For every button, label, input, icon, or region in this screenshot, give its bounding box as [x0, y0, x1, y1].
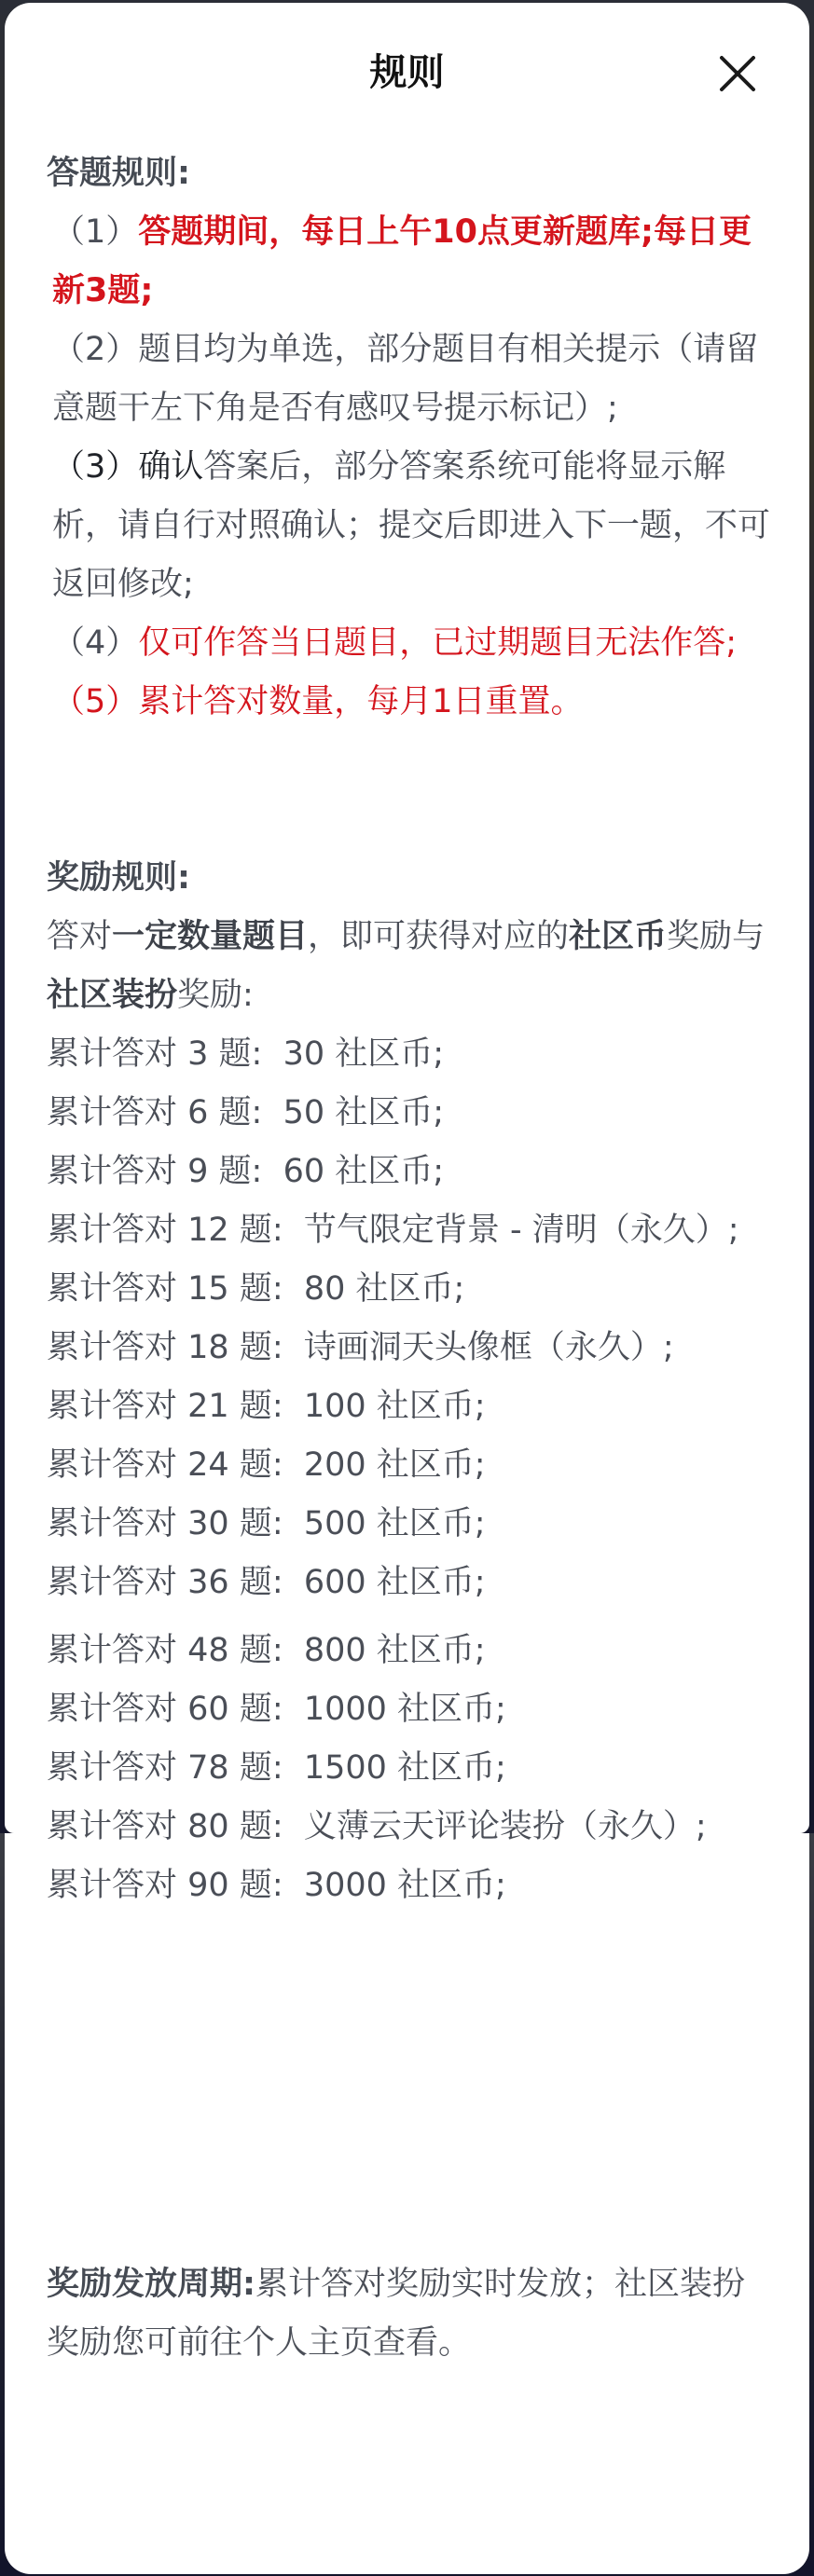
tier-suffix: 题:	[229, 1505, 304, 1542]
reward-tier-item: 累计答对 78 题: 1500 社区币;	[47, 1739, 774, 1798]
tier-prefix: 累计答对	[47, 1153, 187, 1190]
tier-count: 3	[187, 1035, 208, 1073]
tier-prefix: 累计答对	[47, 1505, 187, 1542]
tier-suffix: 题:	[229, 1867, 304, 1904]
tier-prefix: 累计答对	[47, 1446, 187, 1484]
tier-reward: 80 社区币;	[304, 1270, 464, 1308]
rule-number: （5）	[52, 683, 138, 720]
tier-count: 78	[187, 1749, 229, 1787]
tier-suffix: 题:	[229, 1388, 304, 1425]
intro-text: 奖励:	[177, 977, 254, 1014]
tier-suffix: 题:	[229, 1270, 304, 1308]
tier-prefix: 累计答对	[47, 1867, 187, 1904]
rule-item-5: （5）累计答对数量，每月1日重置。	[47, 673, 774, 732]
reward-tier-item: 累计答对 24 题: 200 社区币;	[47, 1436, 774, 1495]
tier-suffix: 题:	[229, 1446, 304, 1484]
tier-prefix: 累计答对	[47, 1749, 187, 1787]
tier-prefix: 累计答对	[47, 1808, 187, 1845]
intro-bold: 一定数量题目	[112, 918, 308, 955]
reward-rules-heading: 奖励规则:	[47, 849, 774, 908]
tier-prefix: 累计答对	[47, 1270, 187, 1308]
tier-count: 60	[187, 1691, 229, 1728]
reward-tier-item: 累计答对 12 题: 节气限定背景 - 清明（永久）;	[47, 1201, 774, 1260]
dialog-title: 规则	[0, 47, 814, 99]
rule-item-1: （1）答题期间，每日上午10点更新题库;每日更新3题;	[47, 203, 774, 321]
tier-prefix: 累计答对	[47, 1691, 187, 1728]
rule-item-4: （4）仅可作答当日题目，已过期题目无法作答;	[47, 614, 774, 673]
rule-text: 题目均为单选，部分题目有相关提示（请留意题干左下角是否有感叹号提示标记）;	[52, 331, 758, 427]
close-button[interactable]	[716, 52, 759, 95]
reward-tier-item: 累计答对 60 题: 1000 社区币;	[47, 1680, 774, 1739]
rule-item-2: （2）题目均为单选，部分题目有相关提示（请留意题干左下角是否有感叹号提示标记）;	[47, 321, 774, 438]
screenshot-seam-spacer	[47, 1612, 774, 1622]
tier-prefix: 累计答对	[47, 1632, 187, 1669]
tier-count: 80	[187, 1808, 229, 1845]
tier-reward: 50 社区币;	[283, 1094, 444, 1131]
tier-count: 30	[187, 1505, 229, 1542]
tier-reward: 诗画洞天头像框（永久）;	[304, 1329, 674, 1366]
section-spacer	[47, 732, 774, 790]
tier-count: 6	[187, 1094, 208, 1131]
tier-reward: 1500 社区币;	[304, 1749, 506, 1787]
rule-number: （1）	[52, 213, 138, 251]
intro-bold: 社区装扮	[47, 977, 177, 1014]
tier-reward: 600 社区币;	[304, 1564, 486, 1601]
rule-emphasis: 确认	[138, 448, 203, 486]
rules-content: 答题规则: （1）答题期间，每日上午10点更新题库;每日更新3题; （2）题目均…	[47, 144, 774, 1915]
reward-tier-item: 累计答对 36 题: 600 社区币;	[47, 1554, 774, 1612]
intro-bold: 社区币	[569, 918, 667, 955]
tier-reward: 1000 社区币;	[304, 1691, 506, 1728]
tier-prefix: 累计答对	[47, 1388, 187, 1425]
tier-suffix: 题:	[208, 1153, 283, 1190]
intro-text: ，即可获得对应的	[308, 918, 569, 955]
rule-text: 累计答对数量，每月1日重置。	[138, 683, 583, 720]
tier-count: 36	[187, 1564, 229, 1601]
tier-suffix: 题:	[208, 1035, 283, 1073]
tier-suffix: 题:	[229, 1749, 304, 1787]
tier-suffix: 题:	[229, 1808, 304, 1845]
tier-suffix: 题:	[229, 1632, 304, 1669]
tier-reward: 100 社区币;	[304, 1388, 486, 1425]
tier-prefix: 累计答对	[47, 1035, 187, 1073]
intro-text: 答对	[47, 918, 112, 955]
close-icon	[716, 52, 759, 95]
tier-reward: 节气限定背景 - 清明（永久）;	[304, 1212, 739, 1249]
section-spacer	[47, 790, 774, 849]
tier-reward: 200 社区币;	[304, 1446, 486, 1484]
rule-text: 仅可作答当日题目，已过期题目无法作答;	[138, 624, 737, 662]
reward-period: 奖励发放周期:累计答对奖励实时发放；社区装扮奖励您可前往个人主页查看。	[47, 2255, 774, 2373]
tier-count: 18	[187, 1329, 229, 1366]
tier-count: 48	[187, 1632, 229, 1669]
intro-text: 奖励与	[667, 918, 765, 955]
rule-number: （3）	[52, 448, 138, 486]
tier-reward: 3000 社区币;	[304, 1867, 506, 1904]
tier-prefix: 累计答对	[47, 1212, 187, 1249]
reward-tier-item: 累计答对 21 题: 100 社区币;	[47, 1377, 774, 1436]
rule-number: （2）	[52, 331, 138, 368]
tier-reward: 义薄云天评论装扮（永久）;	[304, 1808, 707, 1845]
tier-count: 90	[187, 1867, 229, 1904]
tier-count: 21	[187, 1388, 229, 1425]
rule-item-3: （3）确认答案后，部分答案系统可能将显示解析，请自行对照确认；提交后即进入下一题…	[47, 438, 774, 614]
tier-reward: 60 社区币;	[283, 1153, 444, 1190]
tier-count: 24	[187, 1446, 229, 1484]
rule-number: （4）	[52, 624, 138, 662]
tier-prefix: 累计答对	[47, 1329, 187, 1366]
tier-prefix: 累计答对	[47, 1564, 187, 1601]
reward-tier-item: 累计答对 3 题: 30 社区币;	[47, 1025, 774, 1084]
tier-count: 9	[187, 1153, 208, 1190]
rule-text: 答题期间，每日上午10点更新题库;每日更新3题;	[52, 213, 752, 309]
tier-suffix: 题:	[229, 1691, 304, 1728]
tier-prefix: 累计答对	[47, 1094, 187, 1131]
tier-count: 12	[187, 1212, 229, 1249]
answer-rules-heading: 答题规则:	[47, 144, 774, 203]
reward-tier-item: 累计答对 80 题: 义薄云天评论装扮（永久）;	[47, 1798, 774, 1857]
tier-suffix: 题:	[208, 1094, 283, 1131]
tier-reward: 30 社区币;	[283, 1035, 444, 1073]
tier-suffix: 题:	[229, 1212, 304, 1249]
reward-tier-item: 累计答对 15 题: 80 社区币;	[47, 1260, 774, 1319]
reward-tier-item: 累计答对 18 题: 诗画洞天头像框（永久）;	[47, 1319, 774, 1377]
reward-tier-item: 累计答对 9 题: 60 社区币;	[47, 1143, 774, 1201]
tier-suffix: 题:	[229, 1564, 304, 1601]
reward-tier-item: 累计答对 90 题: 3000 社区币;	[47, 1857, 774, 1915]
reward-tier-item: 累计答对 30 题: 500 社区币;	[47, 1495, 774, 1554]
tier-reward: 500 社区币;	[304, 1505, 486, 1542]
reward-period-label: 奖励发放周期:	[47, 2266, 255, 2303]
rules-dialog-panel-continued	[5, 1833, 809, 2574]
reward-tier-list: 累计答对 3 题: 30 社区币;累计答对 6 题: 50 社区币;累计答对 9…	[47, 1025, 774, 1915]
tier-count: 15	[187, 1270, 229, 1308]
reward-tier-item: 累计答对 6 题: 50 社区币;	[47, 1084, 774, 1143]
reward-intro: 答对一定数量题目，即可获得对应的社区币奖励与社区装扮奖励:	[47, 908, 774, 1025]
reward-tier-item: 累计答对 48 题: 800 社区币;	[47, 1622, 774, 1680]
tier-reward: 800 社区币;	[304, 1632, 486, 1669]
tier-suffix: 题:	[229, 1329, 304, 1366]
